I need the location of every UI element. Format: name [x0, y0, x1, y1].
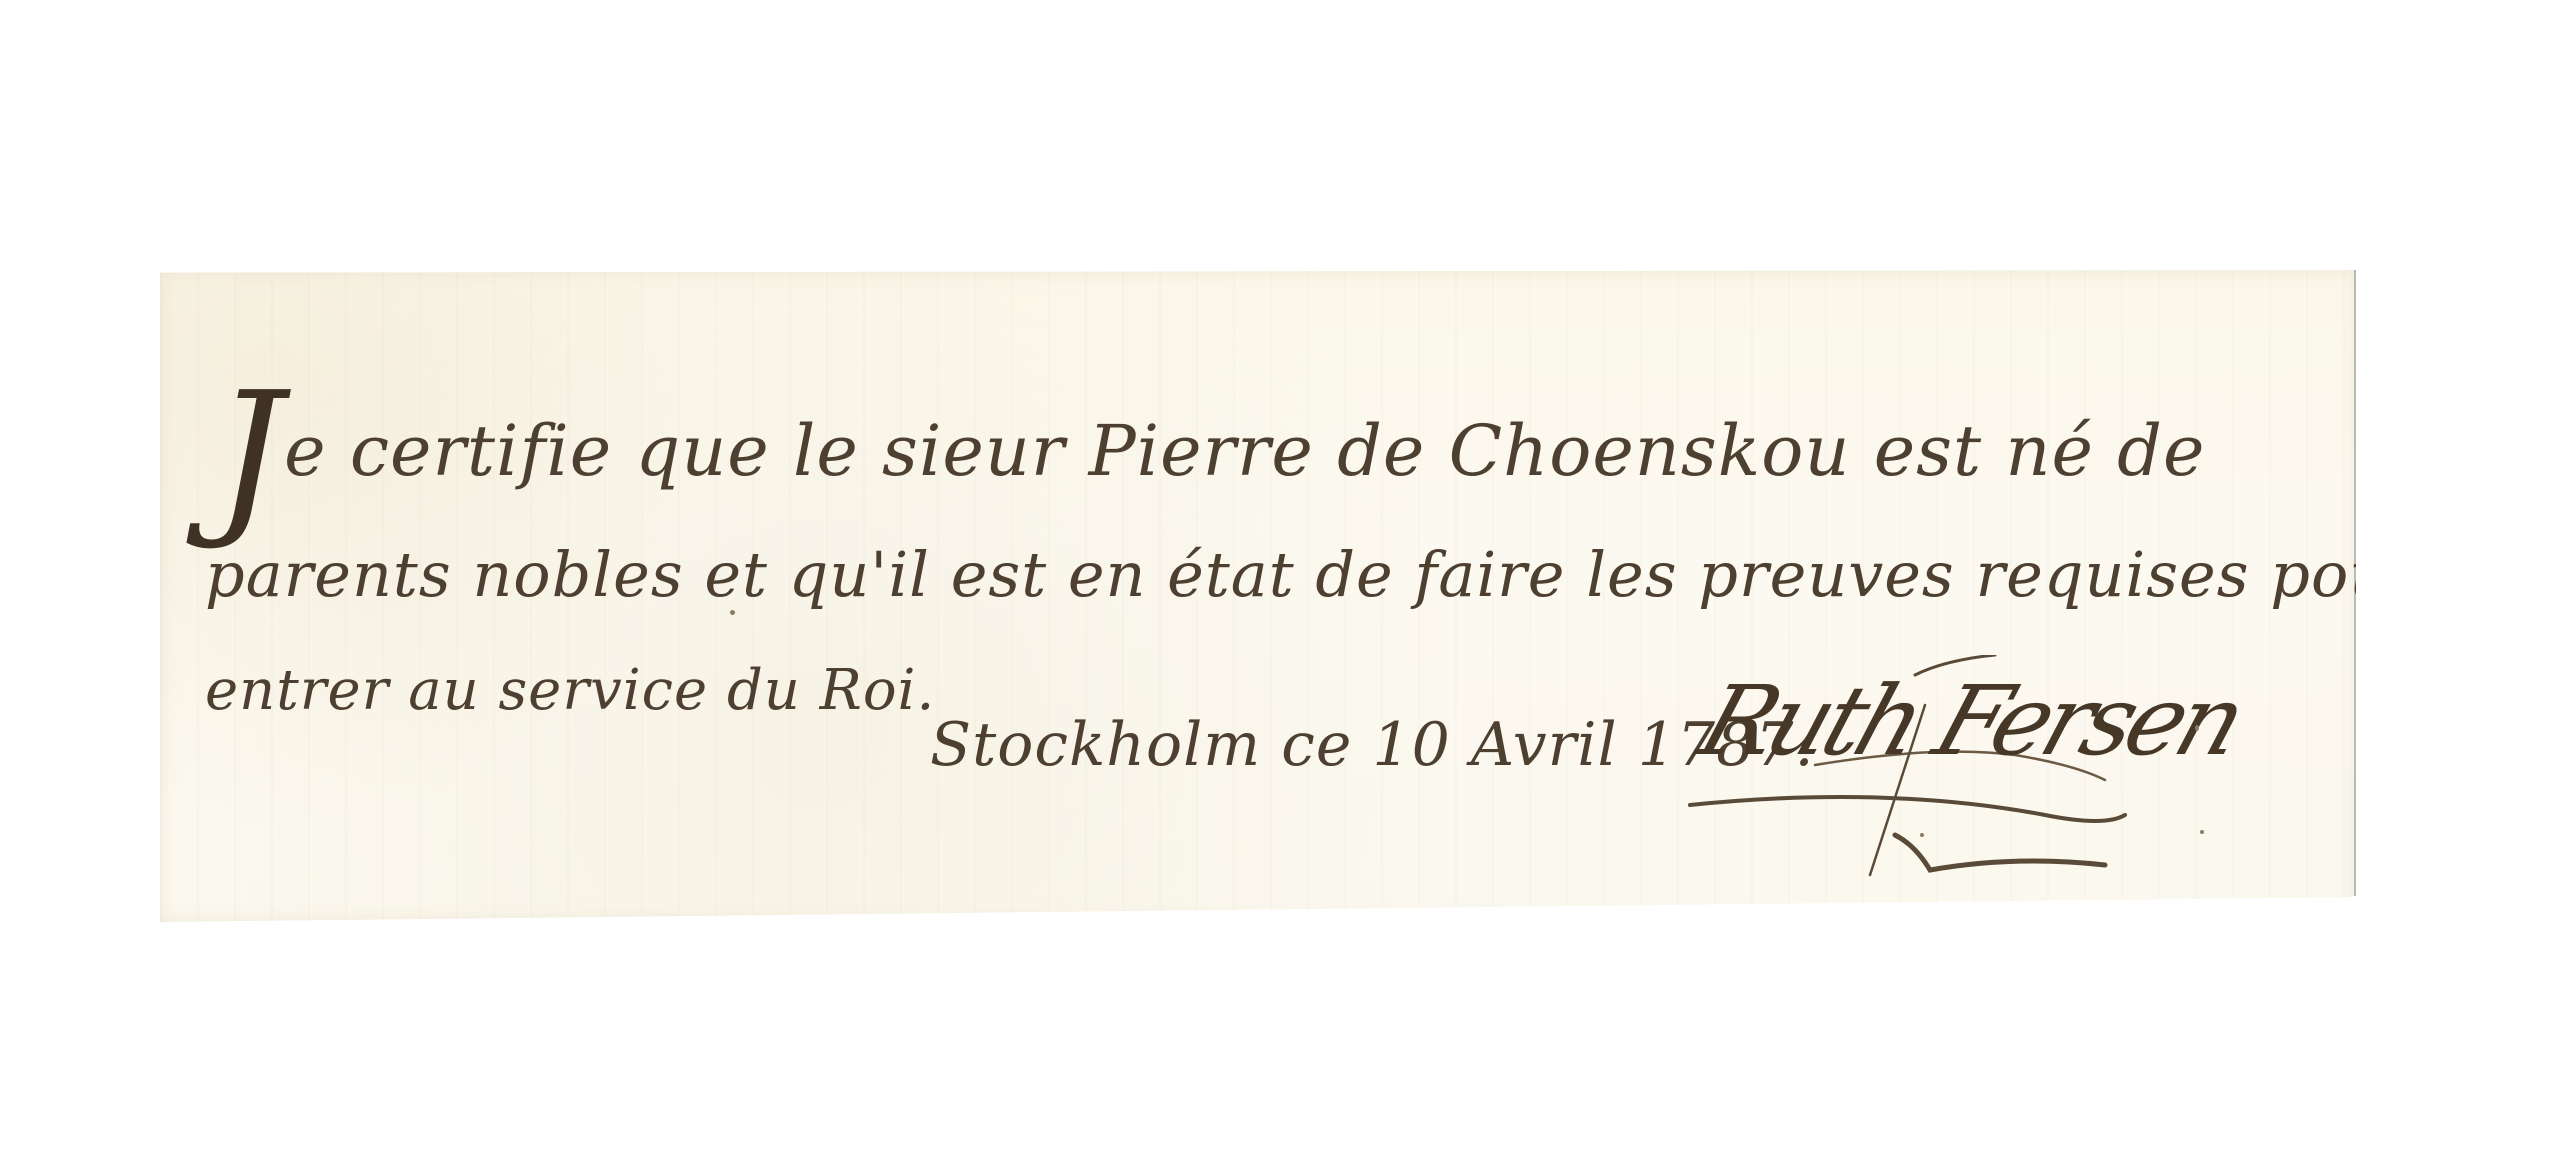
- text-line-3: entrer au service du Roi.: [205, 658, 935, 723]
- text-line-2: parents nobles et qu'il est en état de f…: [205, 538, 2421, 611]
- signature-text: Ruth Fersen: [1687, 665, 2254, 777]
- signature: Ruth Fersen: [1685, 655, 2235, 885]
- ink-speck: [1920, 833, 1924, 837]
- ink-speck: [2195, 725, 2199, 731]
- place-and-date: Stockholm ce 10 Avril 1787.: [930, 710, 1815, 780]
- ink-speck: [730, 610, 735, 615]
- text-line-1: Je certifie que le sieur Pierre de Choen…: [215, 410, 2205, 492]
- ornate-initial: J: [215, 356, 284, 554]
- certificate-paper: Je certifie que le sieur Pierre de Choen…: [160, 270, 2356, 922]
- text-line-1-rest: e certifie que le sieur Pierre de Choens…: [284, 410, 2205, 492]
- ink-speck: [2200, 830, 2204, 834]
